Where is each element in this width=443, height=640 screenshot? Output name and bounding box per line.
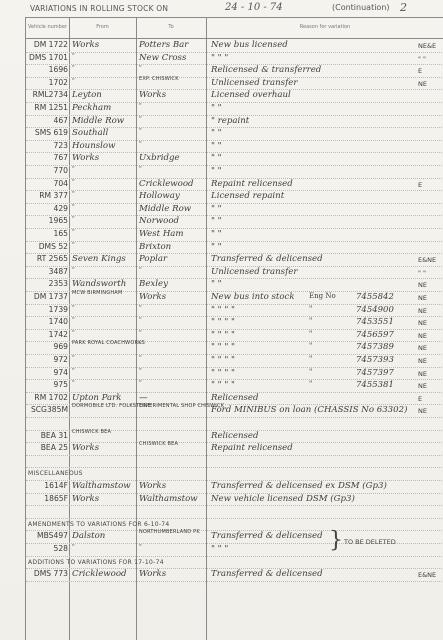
reason-text: Transferred & delicensed xyxy=(211,569,421,579)
reason-text: " " xyxy=(211,166,421,176)
header-reason: Reason for variation xyxy=(206,24,443,30)
reason-text: Relicensed xyxy=(211,431,421,441)
to-location: " xyxy=(139,342,205,349)
vehicle-number: 969 xyxy=(28,342,68,351)
vehicle-number: 723 xyxy=(28,141,68,150)
engine-label: " xyxy=(309,368,312,376)
table-row: SCG385MDORMOBILE LTD. FOLKSTONEEXPERIMEN… xyxy=(26,404,443,418)
deletion-note: TO BE DELETED xyxy=(344,538,396,546)
vehicle-number: 1740 xyxy=(28,317,68,326)
to-location: " xyxy=(139,116,205,123)
from-location: " xyxy=(72,166,136,173)
header-number: Vehicle number xyxy=(26,24,69,30)
table-row: 1696""Relicensed & transferredE xyxy=(26,64,443,78)
vehicle-number: 2353 xyxy=(28,279,68,288)
table-row: DM 1737MCW BIRMINGHAMWorksNew bus into s… xyxy=(26,291,443,305)
status-code: " " xyxy=(418,55,443,63)
reason-text: Licensed repaint xyxy=(211,191,421,201)
from-location: Seven Kings xyxy=(72,254,136,264)
vehicle-number: 975 xyxy=(28,380,68,389)
to-location: Cricklewood xyxy=(139,179,205,189)
vehicle-number: 972 xyxy=(28,355,68,364)
vehicle-number: 770 xyxy=(28,166,68,175)
table-row: 969PARK ROYAL COACHWORKS"" " " ""7457389… xyxy=(26,341,443,355)
vehicle-number: 1614F xyxy=(28,481,68,490)
vehicle-number: 767 xyxy=(28,153,68,162)
from-location: " xyxy=(72,267,136,274)
status-code: NE&E xyxy=(418,42,443,50)
table-row: 1740""" " " ""7453551NE xyxy=(26,316,443,330)
table-row: 1614FWalthamstowWorksTransferred & delic… xyxy=(26,480,443,494)
reason-text: " " xyxy=(211,204,421,214)
engine-number: 7457397 xyxy=(356,368,394,378)
status-code: NE xyxy=(418,319,443,327)
status-code: E xyxy=(418,67,443,75)
vehicle-number: 1739 xyxy=(28,305,68,314)
from-location: Works xyxy=(72,153,136,163)
vehicle-number: 429 xyxy=(28,204,68,213)
table-row: BEA 31CHISWICK BEARelicensed xyxy=(26,430,443,444)
from-location: " xyxy=(72,53,136,60)
to-location: — xyxy=(139,393,205,403)
vehicle-number: DMS 1701 xyxy=(28,53,68,62)
from-location: Leyton xyxy=(72,90,136,100)
to-location: " xyxy=(139,380,205,387)
status-code: NE xyxy=(418,294,443,302)
to-location: West Ham xyxy=(139,229,205,239)
table-row: 1739""" " " ""7454900NE xyxy=(26,304,443,318)
engine-number: 7457389 xyxy=(356,342,394,352)
vehicle-number: 1702 xyxy=(28,78,68,87)
status-code: E xyxy=(418,395,443,403)
from-location: " xyxy=(72,330,136,337)
reason-text: " repaint xyxy=(211,116,421,126)
status-code: NE xyxy=(418,344,443,352)
engine-label: " xyxy=(309,355,312,363)
table-row: RM 1251Peckham"" " xyxy=(26,102,443,116)
header-from: From xyxy=(69,24,136,30)
from-location: MCW BIRMINGHAM xyxy=(72,291,136,297)
vehicle-number: 1696 xyxy=(28,65,68,74)
engine-number: 7457393 xyxy=(356,355,394,365)
status-code: " " xyxy=(418,269,443,277)
to-location: Potters Bar xyxy=(139,40,205,50)
table-row: RM 377"HollowayLicensed repaint xyxy=(26,190,443,204)
to-location: EXPERIMENTAL SHOP CHISWICK xyxy=(139,404,205,410)
section-title: ADDITIONS TO VARIATIONS FOR 17-10-74 xyxy=(28,559,164,566)
from-location: " xyxy=(72,229,136,236)
reason-text: Unlicensed transfer xyxy=(211,78,421,88)
from-location: CHISWICK BEA xyxy=(72,430,136,436)
table-row: 1702"EXP. CHISWICKUnlicensed transferNE xyxy=(26,77,443,91)
to-location: " xyxy=(139,317,205,324)
to-location: Middle Row xyxy=(139,204,205,214)
table-row: DM 1722WorksPotters BarNew bus licensedN… xyxy=(26,39,443,53)
from-location: DORMOBILE LTD. FOLKSTONE xyxy=(72,404,136,410)
status-code: E xyxy=(418,181,443,189)
table-row: DMS 773CricklewoodWorksTransferred & del… xyxy=(26,568,443,582)
from-location: " xyxy=(72,242,136,249)
table-row: DMS 1701"New Cross" " "" " xyxy=(26,52,443,66)
reason-text: " " xyxy=(211,279,421,289)
reason-text: " " xyxy=(211,229,421,239)
to-location: NORTHUMBERLAND PK xyxy=(139,530,205,536)
status-code: NE xyxy=(418,407,443,415)
continuation-label: (Continuation) xyxy=(332,3,390,12)
from-location: Peckham xyxy=(72,103,136,113)
reason-text: Repaint relicensed xyxy=(211,443,421,453)
from-location: " xyxy=(72,216,136,223)
table-row: 1865FWorksWalthamstowNew vehicle license… xyxy=(26,493,443,507)
reason-text: " " xyxy=(211,153,421,163)
to-location: Works xyxy=(139,569,205,579)
to-location: Works xyxy=(139,481,205,491)
table-row: DMS 52"Brixton" " xyxy=(26,241,443,255)
status-code: E&NE xyxy=(418,571,443,579)
vehicle-number: 528 xyxy=(28,544,68,553)
from-location: " xyxy=(72,179,136,186)
status-code: NE xyxy=(418,281,443,289)
to-location: " xyxy=(139,103,205,110)
vehicle-number: RM 1251 xyxy=(28,103,68,112)
engine-label: " xyxy=(309,330,312,338)
to-location: " xyxy=(139,368,205,375)
vehicle-number: RML2734 xyxy=(28,90,68,99)
vehicle-number: DM 1722 xyxy=(28,40,68,49)
status-code: E&NE xyxy=(418,256,443,264)
vehicle-number: 467 xyxy=(28,116,68,125)
reason-text: " " xyxy=(211,103,421,113)
document-title: VARIATIONS IN ROLLING STOCK ON xyxy=(30,4,168,13)
engine-label: " xyxy=(309,380,312,388)
to-location: " xyxy=(139,166,205,173)
blank-row xyxy=(26,455,443,469)
engine-label: Eng No xyxy=(309,292,336,300)
from-location: Cricklewood xyxy=(72,569,136,579)
vehicle-number: RT 2565 xyxy=(28,254,68,263)
reason-text: Transferred & delicensed ex DSM (Gp3) xyxy=(211,481,421,491)
from-location: " xyxy=(72,65,136,72)
vehicle-number: 1965 xyxy=(28,216,68,225)
to-location: EXP. CHISWICK xyxy=(139,77,205,83)
engine-label: " xyxy=(309,317,312,325)
vehicle-number: 165 xyxy=(28,229,68,238)
vehicle-number: MBS497 xyxy=(28,531,68,540)
blank-row xyxy=(26,505,443,519)
from-location: Wandsworth xyxy=(72,279,136,289)
from-location: Upton Park xyxy=(72,393,136,403)
table-row: 767WorksUxbridge" " xyxy=(26,152,443,166)
table-row: 974""" " " ""7457397NE xyxy=(26,367,443,381)
reason-text: " " " xyxy=(211,53,421,63)
from-location: " xyxy=(72,78,136,85)
section-heading: AMENDMENTS TO VARIATIONS FOR 6-10-74 xyxy=(26,518,443,532)
to-location: Walthamstow xyxy=(139,494,205,504)
engine-number: 7455381 xyxy=(356,380,394,390)
status-code: NE xyxy=(418,382,443,390)
document-date: 24 - 10 - 74 xyxy=(225,2,283,13)
table-row: 1965"Norwood" " xyxy=(26,215,443,229)
to-location: " xyxy=(139,65,205,72)
to-location: Uxbridge xyxy=(139,153,205,163)
from-location: Works xyxy=(72,443,136,453)
vehicle-number: RM 377 xyxy=(28,191,68,200)
section-heading: ADDITIONS TO VARIATIONS FOR 17-10-74 xyxy=(26,556,443,570)
table-row: RT 2565Seven KingsPoplarTransferred & de… xyxy=(26,253,443,267)
reason-text: New vehicle licensed DSM (Gp3) xyxy=(211,494,421,504)
from-location: Southall xyxy=(72,128,136,138)
to-location: " xyxy=(139,267,205,274)
vehicle-number: SMS 619 xyxy=(28,128,68,137)
engine-number: 7453551 xyxy=(356,317,394,327)
vehicle-number: SCG385M xyxy=(28,405,68,414)
reason-text: " " xyxy=(211,128,421,138)
from-location: Works xyxy=(72,494,136,504)
header-to: To xyxy=(136,24,206,30)
from-location: PARK ROYAL COACHWORKS xyxy=(72,341,136,347)
reason-text: Ford MINIBUS on loan (CHASSIS No 63302) xyxy=(211,405,421,415)
table-row: 704"CricklewoodRepaint relicensedE xyxy=(26,178,443,192)
table-row: 3487""Unlicensed transfer" " xyxy=(26,266,443,280)
from-location: " xyxy=(72,305,136,312)
variations-table: Vehicle number From To Reason for variat… xyxy=(25,17,443,640)
vehicle-number: 974 xyxy=(28,368,68,377)
section-title: AMENDMENTS TO VARIATIONS FOR 6-10-74 xyxy=(28,521,170,528)
from-location: " xyxy=(72,204,136,211)
engine-number: 7456597 xyxy=(356,330,394,340)
page-number: 2 xyxy=(400,1,407,14)
reason-text: Licensed overhaul xyxy=(211,90,421,100)
table-header: Vehicle number From To Reason for variat… xyxy=(26,17,443,39)
reason-text: " " xyxy=(211,216,421,226)
reason-text: Relicensed & transferred xyxy=(211,65,421,75)
vehicle-number: DM 1737 xyxy=(28,292,68,301)
reason-text: New bus licensed xyxy=(211,40,421,50)
from-location: " xyxy=(72,368,136,375)
to-location: Holloway xyxy=(139,191,205,201)
from-location: " xyxy=(72,544,136,551)
from-location: Hounslow xyxy=(72,141,136,151)
document-page: VARIATIONS IN ROLLING STOCK ON 24 - 10 -… xyxy=(0,0,443,640)
reason-text: Transferred & delicensed xyxy=(211,254,421,264)
from-location: " xyxy=(72,317,136,324)
engine-number: 7455842 xyxy=(356,292,394,302)
from-location: " xyxy=(72,191,136,198)
section-title: MISCELLANEOUS xyxy=(28,470,83,477)
status-code: NE xyxy=(418,357,443,365)
to-location: Works xyxy=(139,292,205,302)
from-location: Walthamstow xyxy=(72,481,136,491)
to-location: " xyxy=(139,355,205,362)
table-row: 165"West Ham" " xyxy=(26,228,443,242)
engine-label: " xyxy=(309,305,312,313)
vehicle-number: BEA 25 xyxy=(28,443,68,452)
reason-text: Relicensed xyxy=(211,393,421,403)
from-location: " xyxy=(72,355,136,362)
table-row: RML2734LeytonWorksLicensed overhaul xyxy=(26,89,443,103)
to-location: Norwood xyxy=(139,216,205,226)
to-location: New Cross xyxy=(139,53,205,63)
table-row: SMS 619Southall"" " xyxy=(26,127,443,141)
table-row: 723Hounslow"" " xyxy=(26,140,443,154)
vehicle-number: 1865F xyxy=(28,494,68,503)
to-location: " xyxy=(139,544,205,551)
brace-icon: } xyxy=(329,528,343,553)
from-location: Works xyxy=(72,40,136,50)
from-location: Dalston xyxy=(72,531,136,541)
from-location: Middle Row xyxy=(72,116,136,126)
to-location: CHISWICK BEA xyxy=(139,442,205,448)
vehicle-number: RM 1702 xyxy=(28,393,68,402)
reason-text: " " xyxy=(211,141,421,151)
table-row: 972""" " " ""7457393NE xyxy=(26,354,443,368)
status-code: NE xyxy=(418,332,443,340)
to-location: " xyxy=(139,330,205,337)
engine-label: " xyxy=(309,342,312,350)
table-row: 975""" " " ""7455381NE xyxy=(26,379,443,393)
table-row: 467Middle Row"" repaint xyxy=(26,115,443,129)
to-location: " xyxy=(139,305,205,312)
to-location: Brixton xyxy=(139,242,205,252)
from-location: " xyxy=(72,380,136,387)
to-location: Bexley xyxy=(139,279,205,289)
status-code: NE xyxy=(418,370,443,378)
vehicle-number: BEA 31 xyxy=(28,431,68,440)
vehicle-number: DMS 773 xyxy=(28,569,68,578)
vehicle-number: 3487 xyxy=(28,267,68,276)
engine-number: 7454900 xyxy=(356,305,394,315)
status-code: NE xyxy=(418,80,443,88)
table-row: BEA 25WorksCHISWICK BEARepaint relicense… xyxy=(26,442,443,456)
to-location: " xyxy=(139,141,205,148)
reason-text: Repaint relicensed xyxy=(211,179,421,189)
reason-text: " " xyxy=(211,242,421,252)
status-code: NE xyxy=(418,307,443,315)
vehicle-number: DMS 52 xyxy=(28,242,68,251)
section-heading: MISCELLANEOUS xyxy=(26,467,443,481)
table-row: 770""" " xyxy=(26,165,443,179)
vehicle-number: 704 xyxy=(28,179,68,188)
reason-text: Unlicensed transfer xyxy=(211,267,421,277)
vehicle-number: 1742 xyxy=(28,330,68,339)
to-location: Works xyxy=(139,90,205,100)
to-location: " xyxy=(139,128,205,135)
table-row: 429"Middle Row" " xyxy=(26,203,443,217)
to-location: Poplar xyxy=(139,254,205,264)
